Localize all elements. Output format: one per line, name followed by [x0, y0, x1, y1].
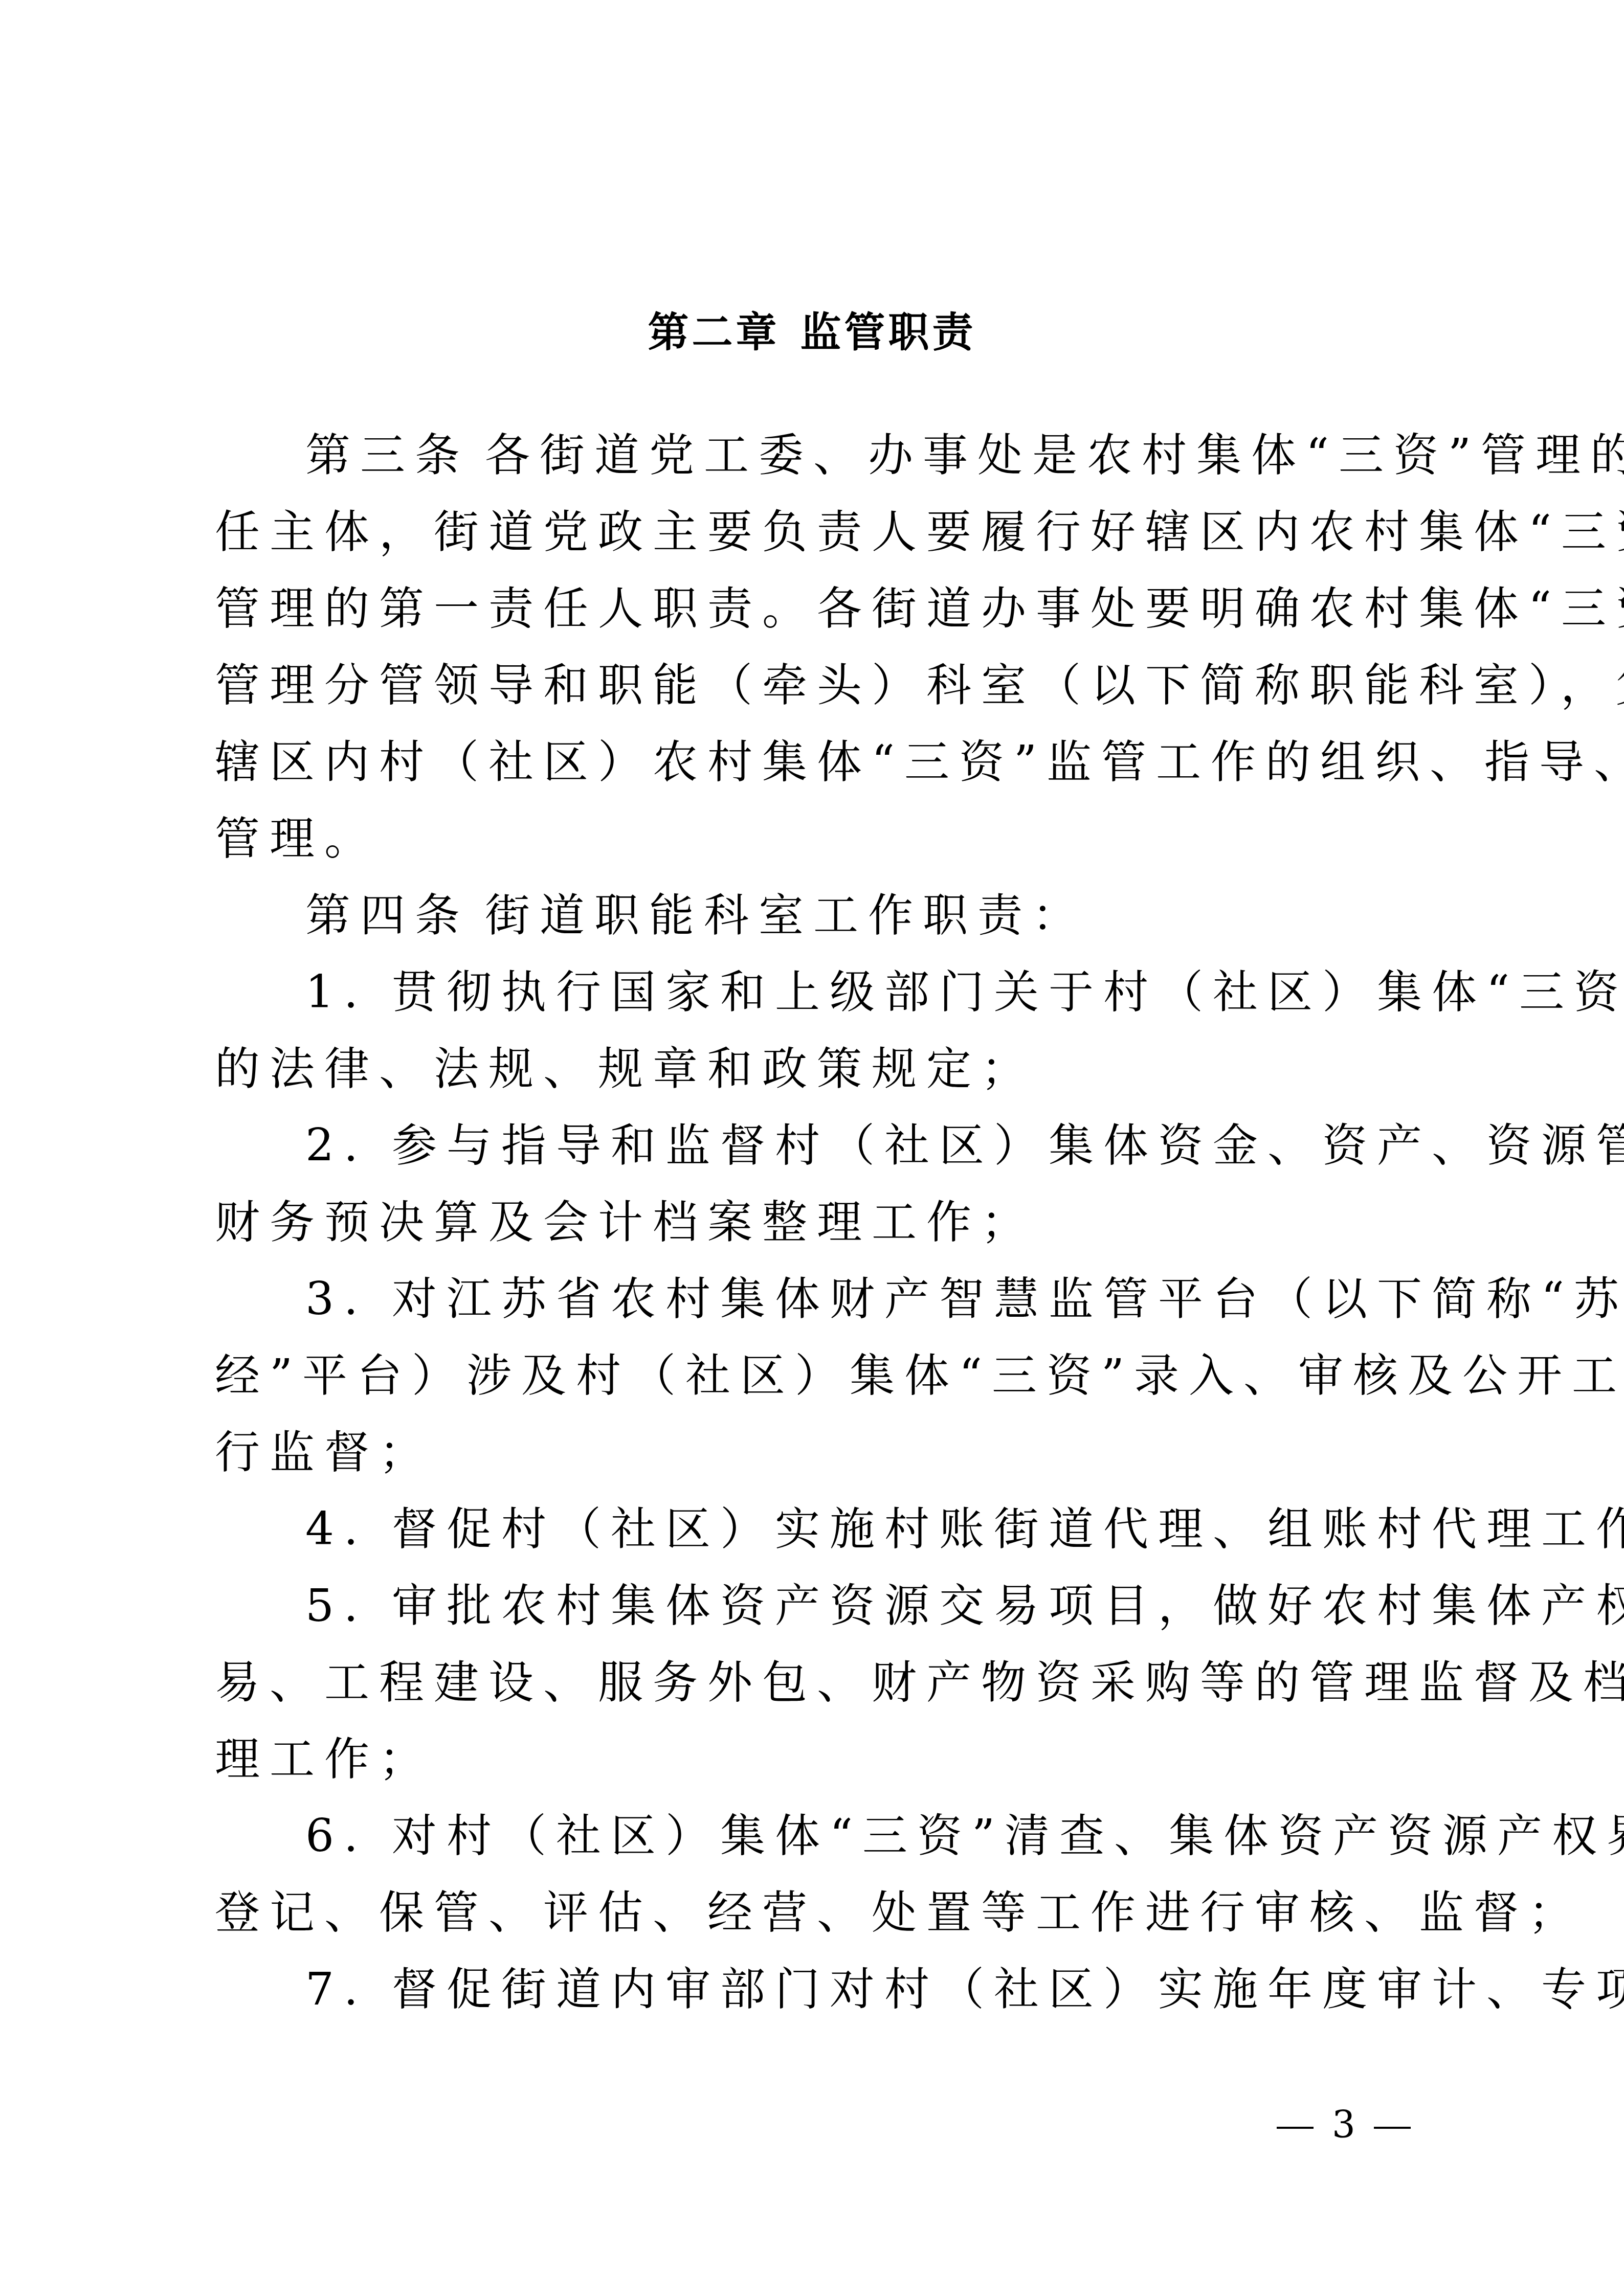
- page-number-value: 3: [1332, 2103, 1355, 2146]
- article-3-line-2: 任主体，街道党政主要负责人要履行好辖区内农村集体“三资”: [215, 493, 1422, 570]
- item-5-line-3: 理工作；: [215, 1721, 1422, 1797]
- article-3-text: 各街道党工委、办事处是农村集体“三资”管理的责: [485, 429, 1624, 481]
- article-3-line-5: 辖区内村（社区）农村集体“三资”监管工作的组织、指导、协调、: [215, 724, 1422, 800]
- article-4-label: 第四条: [305, 889, 470, 941]
- item-5-line-1: 5. 审批农村集体资产资源交易项目，做好农村集体产权交: [215, 1567, 1422, 1644]
- item-5-line-2: 易、工程建设、服务外包、财产物资采购等的管理监督及档案管: [215, 1644, 1422, 1721]
- page-number: 3: [1258, 2102, 1429, 2148]
- article-3-line-3: 管理的第一责任人职责。各街道办事处要明确农村集体“三资”: [215, 570, 1422, 647]
- item-7-line-1: 7. 督促街道内审部门对村（社区）实施年度审计、专项审: [215, 1951, 1422, 2028]
- item-3-line-2: 经”平台）涉及村（社区）集体“三资”录入、审核及公开工作进: [215, 1337, 1422, 1414]
- page-number-dash-left: [1277, 2127, 1314, 2129]
- article-4-intro-text: 街道职能科室工作职责：: [485, 889, 1087, 941]
- item-2-line-1: 2. 参与指导和监督村（社区）集体资金、资产、资源管理、: [215, 1107, 1422, 1184]
- item-3-line-1: 3. 对江苏省农村集体财产智慧监管平台（以下简称“苏智农: [215, 1260, 1422, 1337]
- article-4-intro: 第四条街道职能科室工作职责：: [215, 877, 1422, 954]
- item-4-line-1: 4. 督促村（社区）实施村账街道代理、组账村代理工作；: [215, 1491, 1422, 1567]
- chapter-title: 第二章监管职责: [0, 302, 1624, 363]
- chapter-name: 监管职责: [800, 308, 976, 356]
- item-6-line-2: 登记、保管、评估、经营、处置等工作进行审核、监督；: [215, 1874, 1422, 1951]
- article-3-line-1: 第三条各街道党工委、办事处是农村集体“三资”管理的责: [215, 417, 1422, 493]
- item-6-line-1: 6. 对村（社区）集体“三资”清查、集体资产资源产权界定、: [215, 1797, 1422, 1874]
- item-1-line-2: 的法律、法规、规章和政策规定；: [215, 1030, 1422, 1107]
- item-2-line-2: 财务预决算及会计档案整理工作；: [215, 1184, 1422, 1260]
- page-number-dash-right: [1374, 2127, 1411, 2129]
- chapter-number: 第二章: [648, 308, 780, 356]
- document-body: 第三条各街道党工委、办事处是农村集体“三资”管理的责 任主体，街道党政主要负责人…: [215, 417, 1422, 2028]
- article-3-line-4: 管理分管领导和职能（牵头）科室（以下简称职能科室），负责: [215, 647, 1422, 724]
- article-3-label: 第三条: [305, 429, 470, 481]
- article-3-line-6: 管理。: [215, 800, 1422, 877]
- item-1-line-1: 1. 贯彻执行国家和上级部门关于村（社区）集体“三资”管理: [215, 954, 1422, 1030]
- item-3-line-3: 行监督；: [215, 1414, 1422, 1491]
- document-page: 第二章监管职责 第三条各街道党工委、办事处是农村集体“三资”管理的责 任主体，街…: [0, 0, 1624, 2296]
